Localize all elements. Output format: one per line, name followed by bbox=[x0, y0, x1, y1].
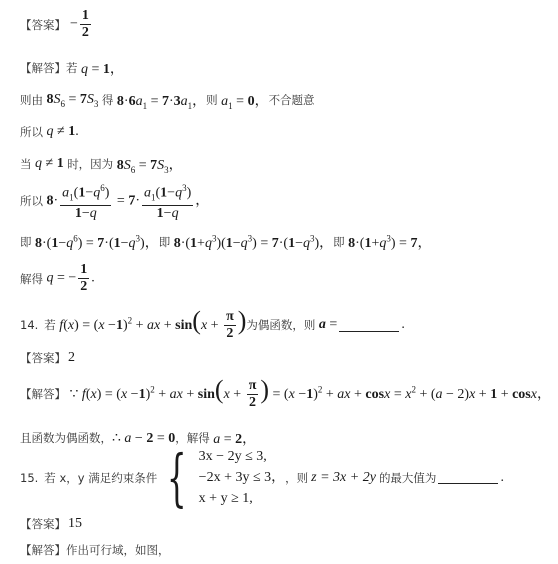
constraint-1: 3x − 2y ≤ 3, bbox=[199, 446, 285, 467]
math-expression: f(x) = (x −1)2 + ax + sin(x + π2) bbox=[56, 308, 247, 342]
q13-solution-line-7: 解得 q = −12. bbox=[20, 262, 95, 295]
constraint-system: 3x − 2y ≤ 3, −2x + 3y ≤ 3， x + y ≥ 1, bbox=[199, 446, 285, 509]
constraint-3: x + y ≥ 1, bbox=[199, 488, 285, 509]
objective-function: z = 3x + 2y bbox=[311, 470, 376, 486]
solution-label: 【解答】 bbox=[20, 60, 66, 76]
q14-solution-line-2: 且函数为偶函数， ∴ a − 2 = 0 ，解得 a = 2， bbox=[20, 428, 256, 448]
q13-solution-line-2: 则由 8S6 = 7S3 得 8·6a1 = 7·3a1， 则 a1 = 0， … bbox=[20, 90, 315, 111]
math-expression: 8S6 = 7S3 bbox=[43, 92, 102, 109]
q14-solution-line-1: 【解答】 ∵ f(x) = (x −1)2 + ax + sin(x + π2)… bbox=[20, 377, 551, 411]
q13-solution-line-6: 即 8·(1−q6) = 7·(1−q3)， 即 8·(1+q3)(1−q3) … bbox=[20, 232, 431, 252]
q13-solution-line-3: 所以 q ≠ 1. bbox=[20, 124, 79, 140]
q14-answer-line: 【答案】 2 bbox=[20, 350, 75, 366]
q14-question: 14. 若 f(x) = (x −1)2 + ax + sin(x + π2) … bbox=[20, 308, 405, 342]
q15-question: 15. 若 x，y 满足约束条件 { 3x − 2y ≤ 3, −2x + 3y… bbox=[20, 446, 504, 509]
answer-label: 【答案】 bbox=[20, 17, 66, 33]
answer-label: 【答案】 bbox=[20, 350, 66, 366]
q13-solution-line-1: 【解答】 若 q = 1， bbox=[20, 58, 124, 78]
left-brace: { bbox=[167, 447, 187, 509]
answer-value: 15 bbox=[68, 516, 82, 532]
answer-blank bbox=[438, 471, 498, 484]
q13-answer-line: 【答案】 −12 bbox=[20, 8, 93, 41]
q15-solution-line: 【解答】 作出可行域，如图， bbox=[20, 542, 170, 558]
q13-solution-line-5: 所以 8·a1(1−q6)1−q = 7·a1(1−q3)1−q， bbox=[20, 180, 209, 222]
q13-solution-line-4: 当 q ≠ 1 时，因为 8S6 = 7S3， bbox=[20, 154, 183, 175]
math-expression: ∵ f(x) = (x −1)2 + ax + sin(x + π2) = (x… bbox=[66, 377, 551, 411]
question-number: 14. bbox=[20, 318, 38, 332]
answer-value: −12 bbox=[70, 8, 93, 41]
constraint-2: −2x + 3y ≤ 3， bbox=[199, 467, 285, 488]
answer-value: 2 bbox=[68, 350, 75, 366]
answer-blank bbox=[339, 319, 399, 332]
q15-answer-line: 【答案】 15 bbox=[20, 516, 82, 532]
solution-label: 【解答】 bbox=[20, 386, 66, 402]
question-number: 15. bbox=[20, 471, 38, 485]
solution-label: 【解答】 bbox=[20, 542, 66, 558]
math-expression: q = 1， bbox=[78, 58, 124, 78]
answer-label: 【答案】 bbox=[20, 516, 66, 532]
